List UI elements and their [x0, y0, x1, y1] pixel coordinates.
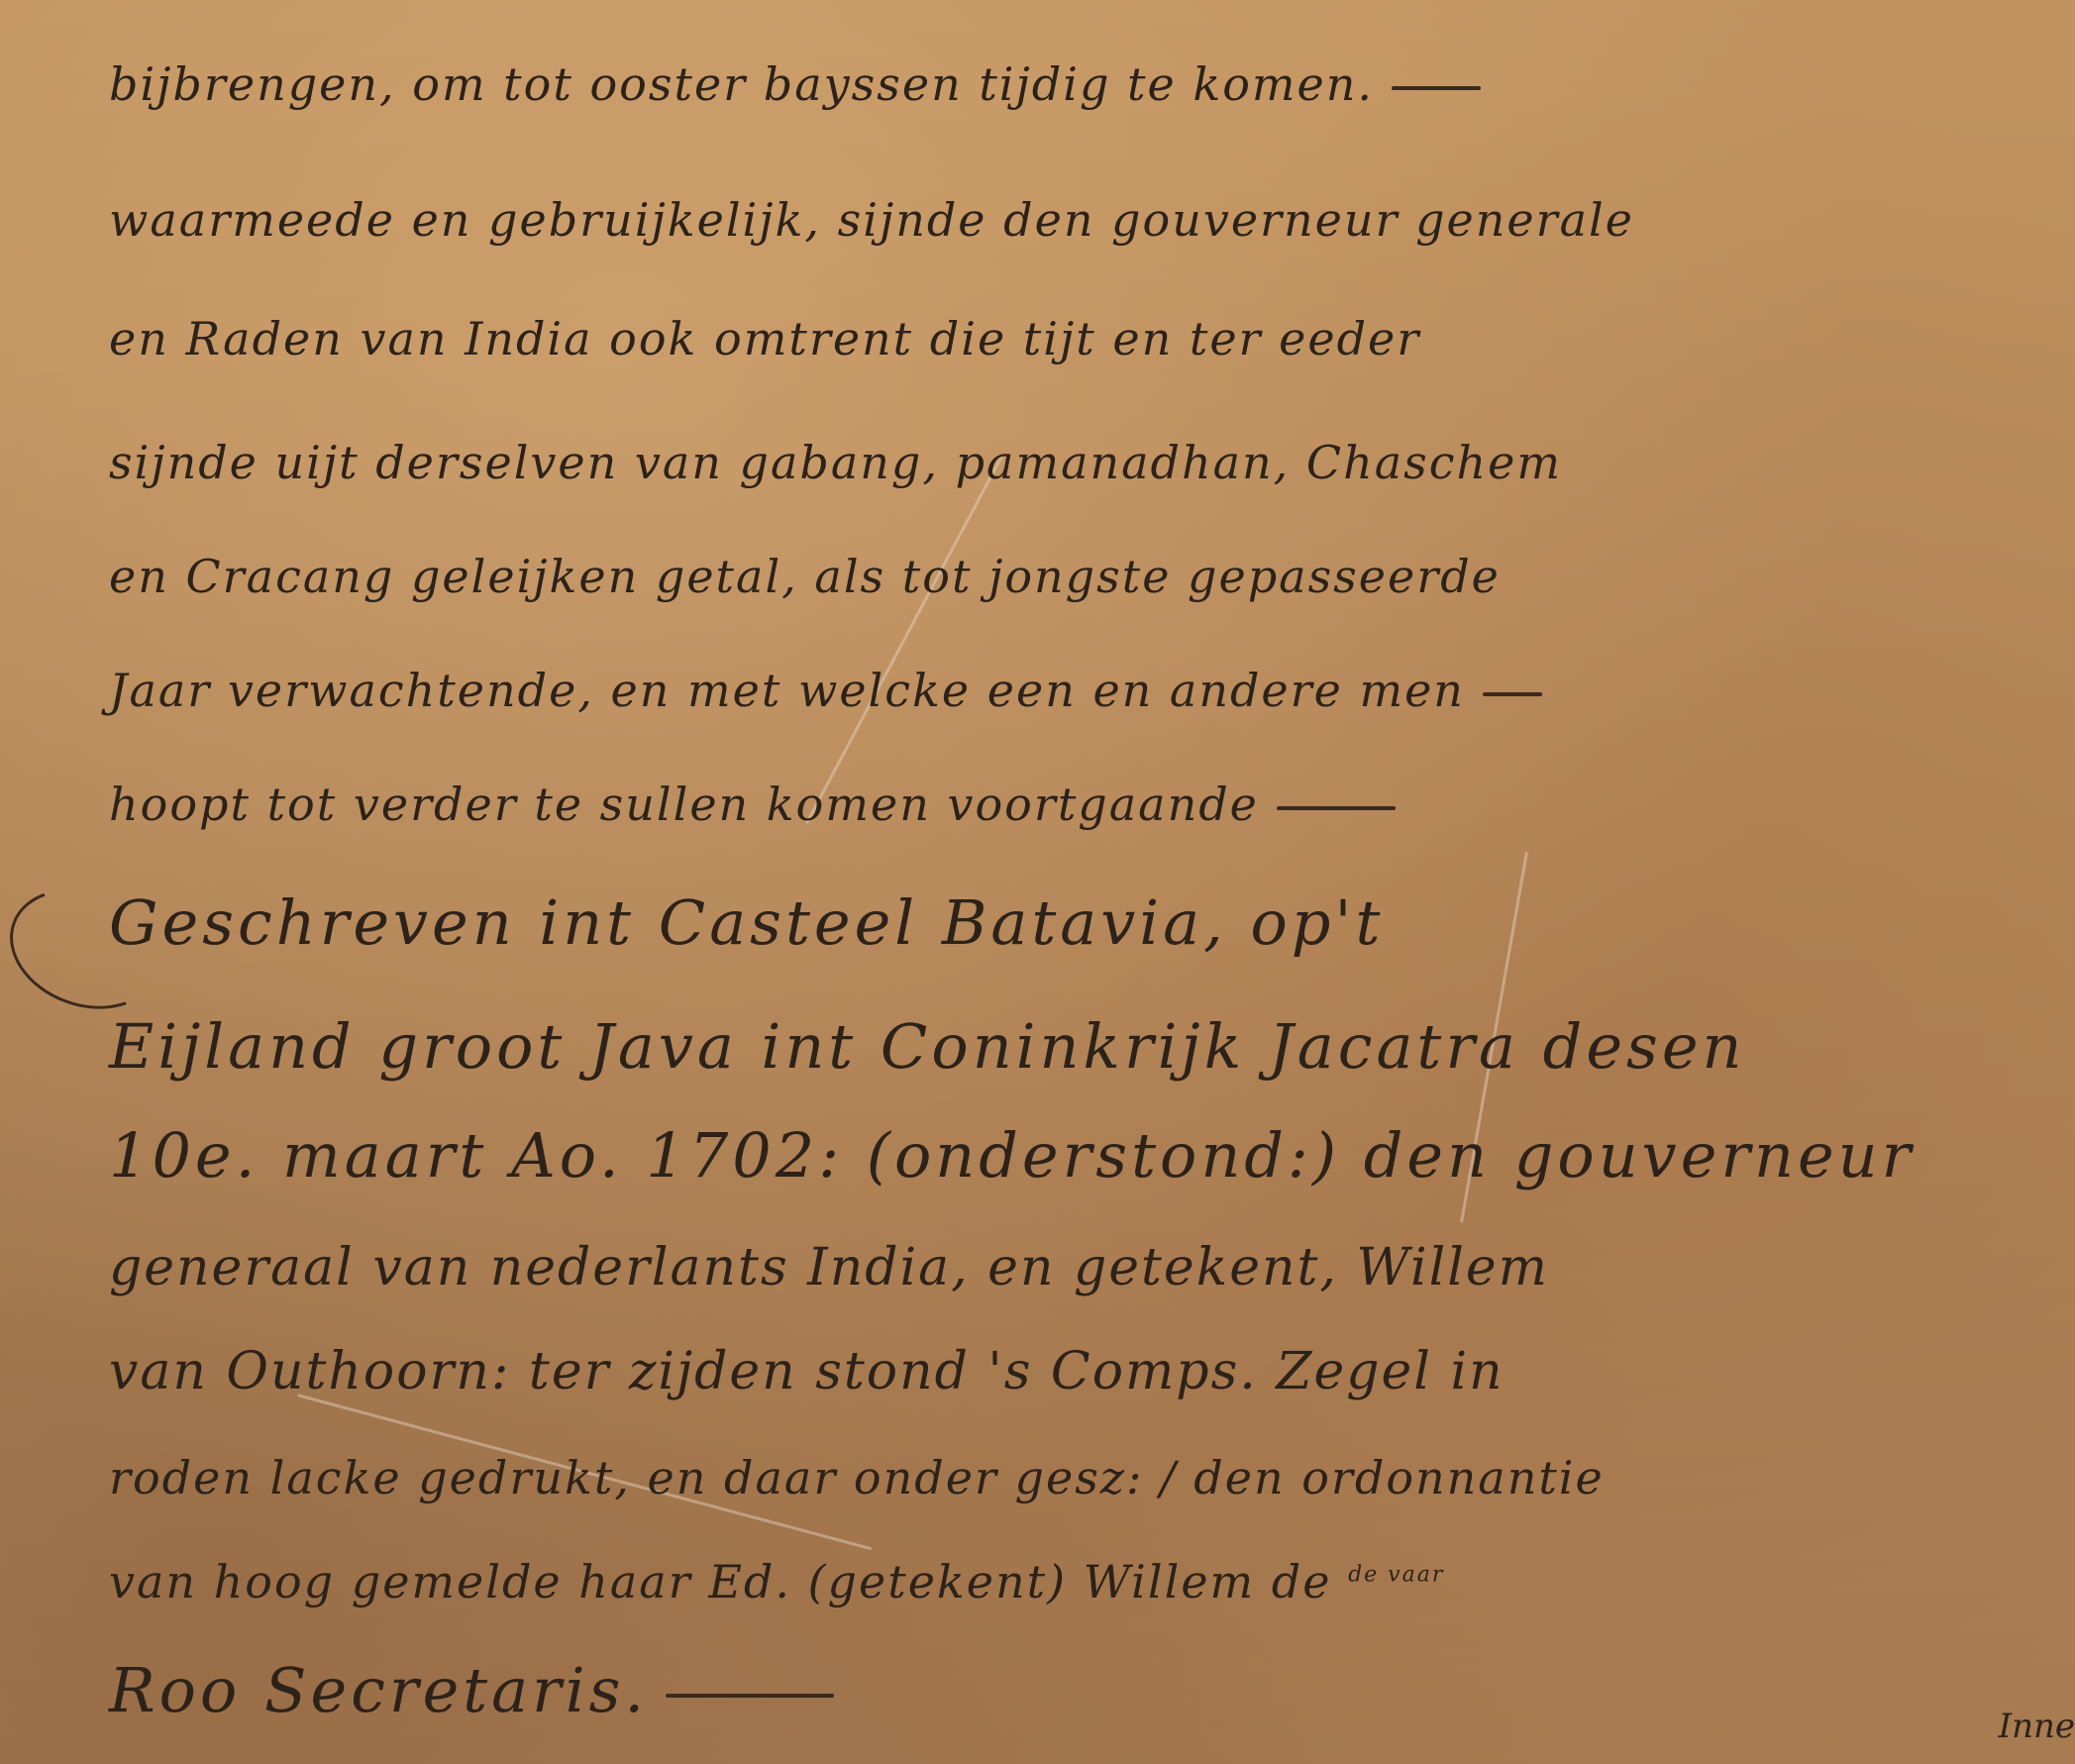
manuscript-line-13: roden lacke gedrukt, en daar onder gesz:…: [109, 1451, 1605, 1505]
manuscript-line-15: Roo Secretaris.: [109, 1654, 834, 1726]
line-end-dash: [1392, 86, 1481, 90]
manuscript-line-12: van Outhoorn: ter zijden stond 's Comps.…: [109, 1342, 1504, 1401]
manuscript-page: bijbrengen, om tot ooster bayssen tijdig…: [0, 0, 2075, 1764]
manuscript-line-6: Jaar verwachtende, en met welcke een en …: [109, 664, 1542, 717]
manuscript-line-14: van hoog gemelde haar Ed. (getekent) Wil…: [109, 1555, 1444, 1608]
corner-catchword: Inne: [1999, 1707, 2075, 1746]
line-end-dash: [666, 1694, 834, 1698]
manuscript-line-1: bijbrengen, om tot ooster bayssen tijdig…: [109, 57, 1481, 111]
manuscript-line-10: 10e. maart Ao. 1702: (onderstond:) den g…: [109, 1119, 1915, 1192]
line-end-dash: [1277, 806, 1396, 810]
superscript-note: de vaar: [1348, 1563, 1444, 1588]
manuscript-line-4: sijnde uijt derselven van gabang, pamana…: [109, 436, 1562, 489]
manuscript-line-3: en Raden van India ook omtrent die tijt …: [109, 312, 1420, 365]
manuscript-line-9: Eijland groot Java int Coninkrijk Jacatr…: [109, 1010, 1745, 1083]
line-end-dash: [1483, 692, 1542, 696]
manuscript-line-8: Geschreven int Casteel Batavia, op't: [109, 886, 1384, 959]
manuscript-line-7: hoopt tot verder te sullen komen voortga…: [109, 778, 1396, 831]
manuscript-line-2: waarmeede en gebruijkelijk, sijnde den g…: [109, 193, 1634, 247]
manuscript-line-5: en Cracang geleijken getal, als tot jong…: [109, 550, 1501, 603]
manuscript-line-11: generaal van nederlants India, en geteke…: [109, 1238, 1549, 1297]
paper-crease: [805, 456, 1003, 824]
